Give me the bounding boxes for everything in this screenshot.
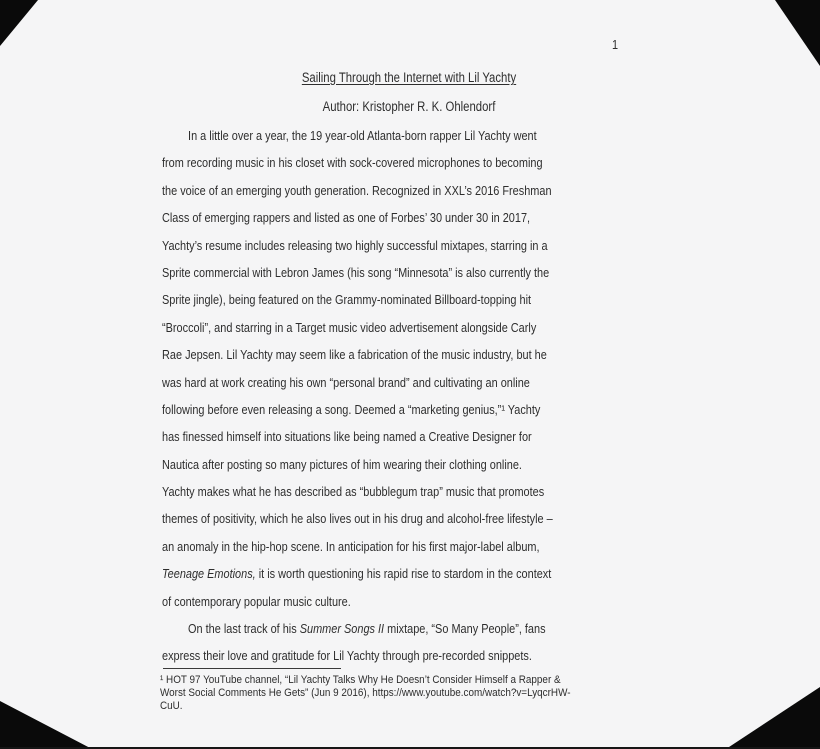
footnote-separator <box>163 668 341 669</box>
footnote-line-1: ¹ HOT 97 YouTube channel, “Lil Yachty Ta… <box>160 674 664 687</box>
body-line: On the last track of his Summer Songs II… <box>162 615 577 642</box>
body-line: express their love and gratitude for Lil… <box>162 642 577 669</box>
essay-header: Sailing Through the Internet with Lil Ya… <box>162 70 656 115</box>
scan-corner-artifact-top-left <box>0 0 38 46</box>
body-line: from recording music in his closet with … <box>162 149 577 176</box>
body-line: Rae Jepsen. Lil Yachty may seem like a f… <box>162 341 577 368</box>
body-line: “Broccoli”, and starring in a Target mus… <box>162 314 577 341</box>
body-line: has finessed himself into situations lik… <box>162 423 577 450</box>
essay-body: In a little over a year, the 19 year-old… <box>162 122 656 670</box>
footnote-line-2: Worst Social Comments He Gets” (Jun 9 20… <box>160 687 664 700</box>
body-line: Teenage Emotions, it is worth questionin… <box>162 560 577 587</box>
body-line: Nautica after posting so many pictures o… <box>162 451 577 478</box>
footnote-line-3: CuU. <box>160 700 664 713</box>
footnote: ¹ HOT 97 YouTube channel, “Lil Yachty Ta… <box>160 674 720 712</box>
body-line: Yachty makes what he has described as “b… <box>162 478 577 505</box>
body-line: In a little over a year, the 19 year-old… <box>162 122 577 149</box>
body-line: the voice of an emerging youth generatio… <box>162 177 577 204</box>
body-line: was hard at work creating his own “perso… <box>162 369 577 396</box>
scan-corner-artifact-top-right <box>775 0 820 66</box>
body-line: themes of positivity, which he also live… <box>162 505 577 532</box>
body-line: an anomaly in the hip-hop scene. In anti… <box>162 533 577 560</box>
page-number: 1 <box>612 37 618 52</box>
body-line: following before even releasing a song. … <box>162 396 577 423</box>
document-page: 1 Sailing Through the Internet with Lil … <box>0 0 820 749</box>
scan-corner-artifact-bottom-right <box>726 687 820 749</box>
body-line: Class of emerging rappers and listed as … <box>162 204 577 231</box>
body-line: of contemporary popular music culture. <box>162 588 577 615</box>
body-line: Sprite jingle), being featured on the Gr… <box>162 286 577 313</box>
body-line: Yachty’s resume includes releasing two h… <box>162 232 577 259</box>
essay-author: Author: Kristopher R. K. Ohlendorf <box>202 99 617 115</box>
body-line: Sprite commercial with Lebron James (his… <box>162 259 577 286</box>
essay-title: Sailing Through the Internet with Lil Ya… <box>202 70 617 86</box>
scan-corner-artifact-bottom-left <box>0 701 92 749</box>
